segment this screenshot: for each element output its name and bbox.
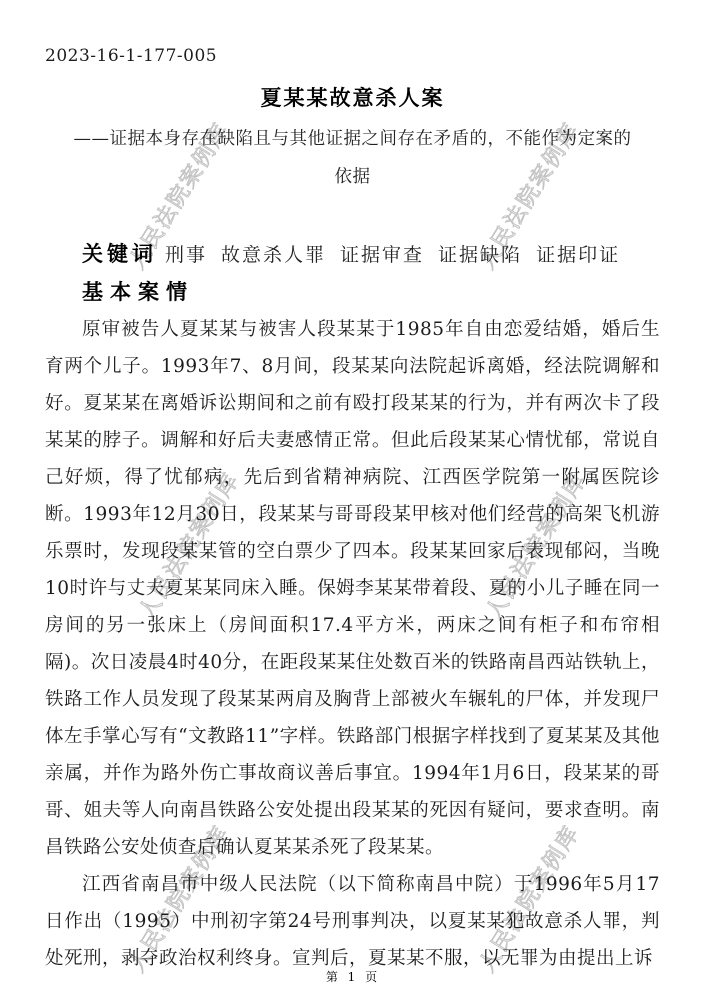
document-content: 2023-16-1-177-005 夏某某故意杀人案 ——证据本身存在缺陷且与其… (0, 0, 706, 977)
keyword-item: 刑事 (165, 244, 207, 266)
keywords-label: 关键词 (82, 243, 157, 266)
case-subtitle-line-1: ——证据本身存在缺陷且与其他证据之间存在矛盾的，不能作为定案的 (45, 120, 660, 158)
document-body: 关键词刑事故意杀人罪证据审查证据缺陷证据印证 基本案情 原审被告人夏某某与被害人… (45, 236, 660, 977)
keywords-line: 关键词刑事故意杀人罪证据审查证据缺陷证据印证 (45, 236, 660, 274)
keyword-item: 证据审查 (340, 244, 424, 266)
body-paragraph-2: 江西省南昌市中级人民法院（以下简称南昌中院）于1996年5月17日作出（1995… (45, 866, 660, 977)
case-subtitle: ——证据本身存在缺陷且与其他证据之间存在矛盾的，不能作为定案的 依据 (45, 120, 660, 196)
keyword-item: 故意杀人罪 (221, 244, 326, 266)
keyword-item: 证据印证 (536, 244, 620, 266)
case-number: 2023-16-1-177-005 (0, 0, 706, 66)
body-paragraph-1: 原审被告人夏某某与被害人段某某于1985年自由恋爱结婚，婚后生育两个儿子。199… (45, 311, 660, 866)
page-number-footer: 第 1 页 (0, 968, 706, 985)
keyword-item: 证据缺陷 (438, 244, 522, 266)
case-title: 夏某某故意杀人案 (45, 82, 660, 112)
document-page: 人民法院案例库 人民法院案例库 人民法院案例库 人民法院案例库 人民法院案例库 … (0, 0, 706, 999)
section-heading-basic-facts: 基本案情 (45, 274, 660, 311)
case-subtitle-line-2: 依据 (45, 158, 660, 196)
